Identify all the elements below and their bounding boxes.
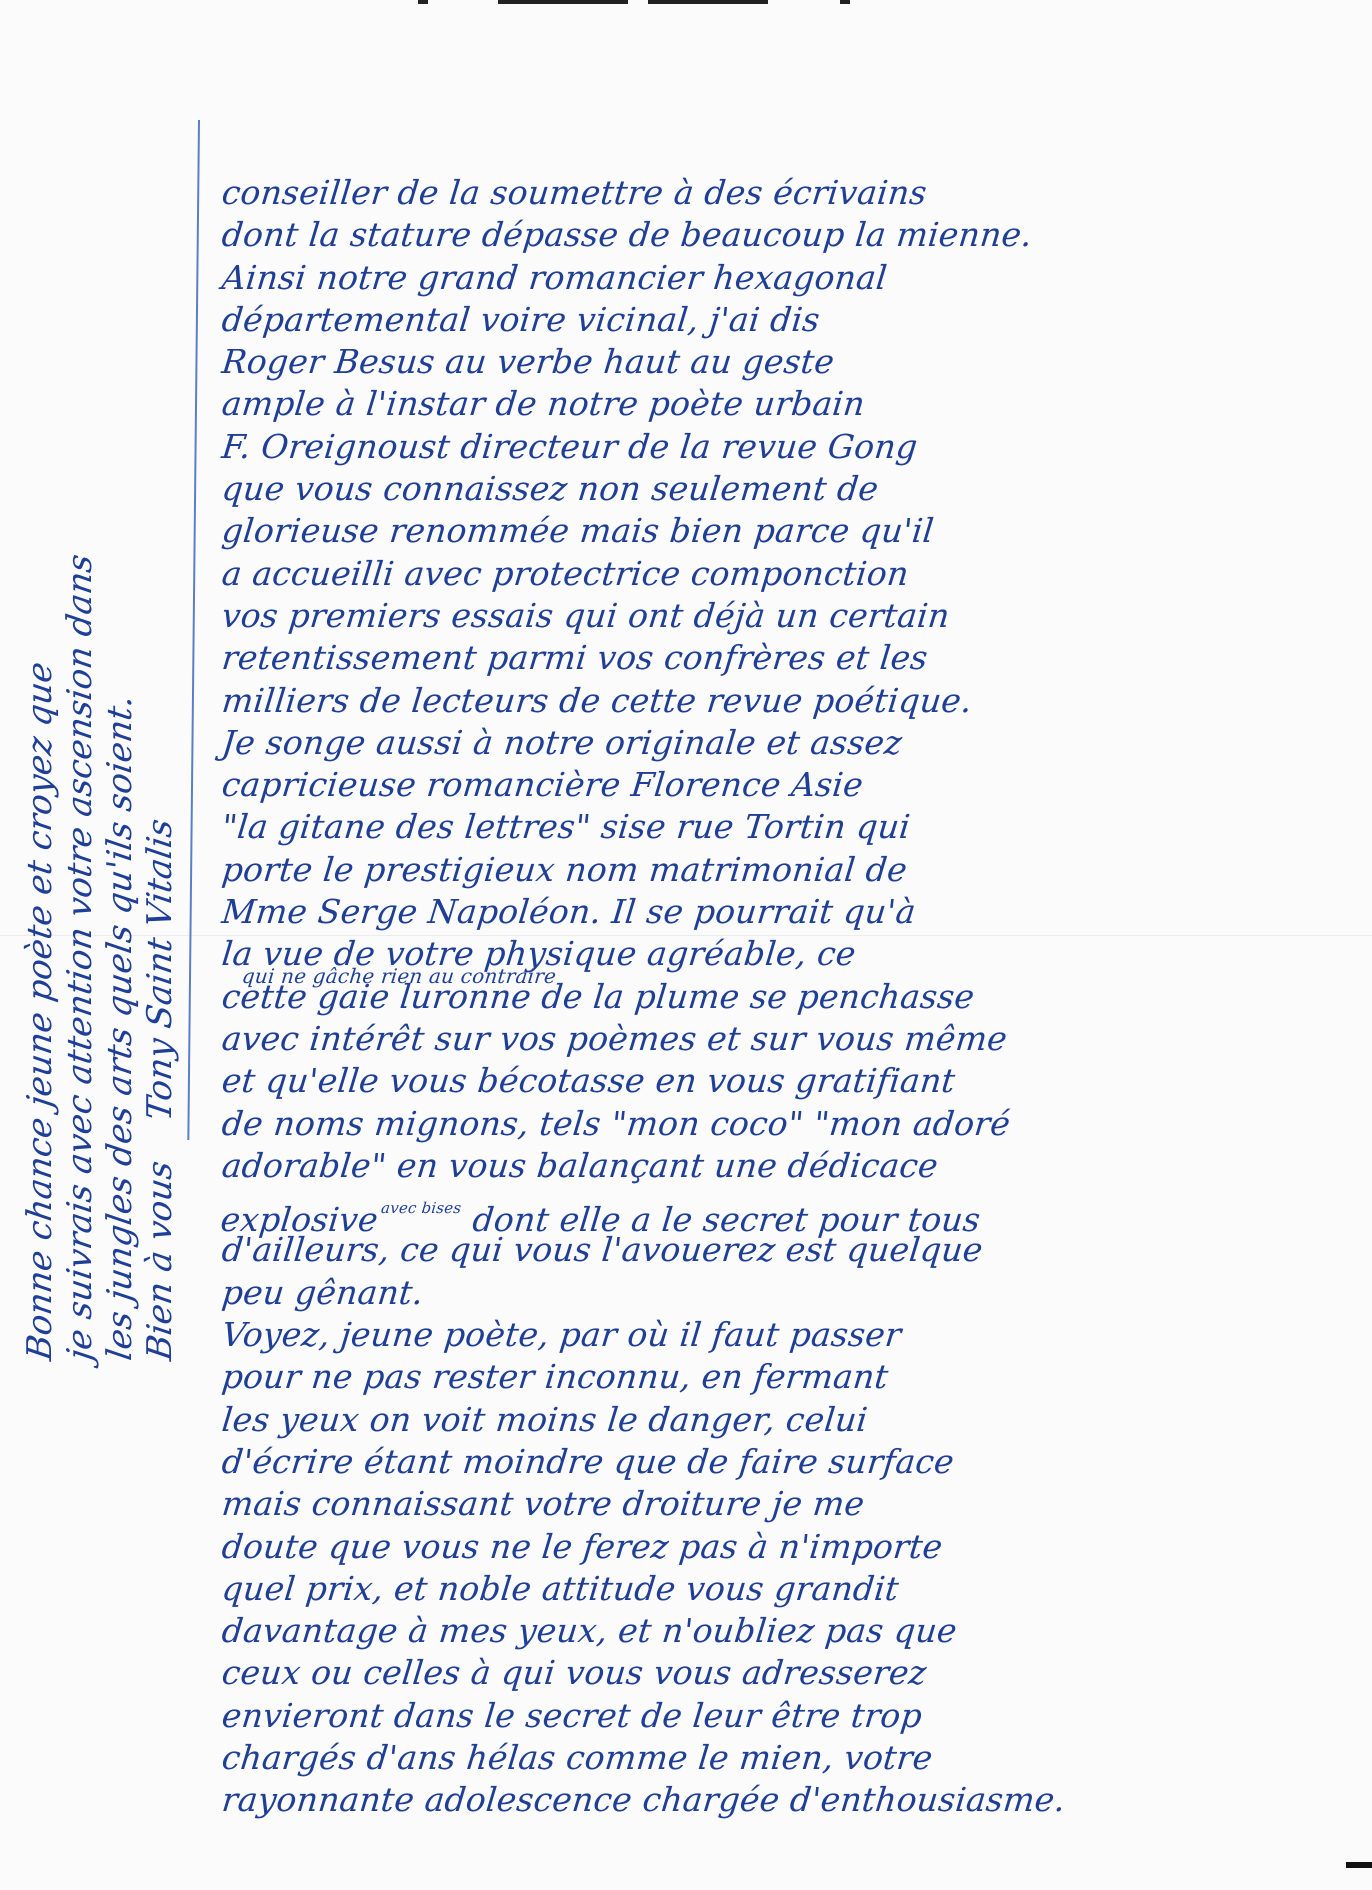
letter-line: F. Oreignoust directeur de la revue Gong	[220, 426, 1344, 468]
scan-edge-mark	[1346, 1862, 1372, 1868]
letter-line: d'ailleurs, ce qui vous l'avouerez est q…	[220, 1229, 1344, 1271]
margin-line: Bonne chance jeune poète et croyez que	[20, 57, 60, 1363]
letter-line: d'écrire étant moindre que de faire surf…	[220, 1441, 1344, 1483]
letter-line: Je songe aussi à notre originale et asse…	[220, 722, 1344, 764]
letter-line: porte le prestigieux nom matrimonial de	[220, 849, 1344, 891]
letter-body: conseiller de la soumettre à des écrivai…	[222, 172, 1342, 1822]
letter-line: retentissement parmi vos confrères et le…	[220, 637, 1344, 679]
letter-line: départemental voire vicinal, j'ai dis	[220, 299, 1344, 341]
letter-line: conseiller de la soumettre à des écrivai…	[220, 172, 1344, 214]
letter-line: Ainsi notre grand romancier hexagonal	[220, 257, 1344, 299]
letter-line: de noms mignons, tels "mon coco" "mon ad…	[220, 1103, 1344, 1145]
vertical-margin-postscript: Bonne chance jeune poète et croyez que j…	[20, 60, 210, 1360]
letter-line: ample à l'instar de notre poète urbain	[220, 383, 1344, 425]
letter-line: Roger Besus au verbe haut au geste	[220, 341, 1344, 383]
letter-line: cette gaie luronne de la plume se pencha…	[220, 976, 1344, 1018]
letter-line: pour ne pas rester inconnu, en fermant	[220, 1356, 1344, 1398]
letter-line: Voyez, jeune poète, par où il faut passe…	[220, 1314, 1344, 1356]
letter-line: envieront dans le secret de leur être tr…	[220, 1695, 1344, 1737]
letter-line: adorable" en vous balançant une dédicace	[220, 1145, 1344, 1187]
letter-line: chargés d'ans hélas comme le mien, votre	[220, 1737, 1344, 1779]
letter-line: capricieuse romancière Florence Asie	[220, 764, 1344, 806]
letter-line: et qu'elle vous bécotasse en vous gratif…	[220, 1060, 1344, 1102]
margin-line: Bien à vous Tony Saint Vitalis	[140, 57, 180, 1363]
letter-line: rayonnante adolescence chargée d'enthous…	[220, 1779, 1344, 1821]
letter-line: mais connaissant votre droiture je me	[220, 1483, 1344, 1525]
letter-line: glorieuse renommée mais bien parce qu'il	[220, 510, 1344, 552]
letter-line: Mme Serge Napoléon. Il se pourrait qu'à	[220, 891, 1344, 933]
letter-line: milliers de lecteurs de cette revue poét…	[220, 680, 1344, 722]
inserted-note: avec bises	[380, 1199, 462, 1217]
letter-line: ceux ou celles à qui vous vous adressere…	[220, 1652, 1344, 1694]
letter-line: doute que vous ne le ferez pas à n'impor…	[220, 1526, 1344, 1568]
scan-edge-marks	[0, 0, 1372, 6]
letter-line: vos premiers essais qui ont déjà un cert…	[220, 595, 1344, 637]
signature: Tony Saint Vitalis	[140, 816, 180, 1123]
letter-line: explosiveavec bises dont elle a le secre…	[220, 1187, 1344, 1229]
letter-line: dont la stature dépasse de beaucoup la m…	[220, 214, 1344, 256]
margin-line: les jungles des arts quels qu'ils soient…	[100, 57, 140, 1363]
letter-line: que vous connaissez non seulement de	[220, 468, 1344, 510]
letter-line: les yeux on voit moins le danger, celui	[220, 1399, 1344, 1441]
letter-line: avec intérêt sur vos poèmes et sur vous …	[220, 1018, 1344, 1060]
letter-line: peu gênant.	[220, 1272, 1344, 1314]
letter-line: a accueilli avec protectrice componction	[220, 553, 1344, 595]
letter-line: "la gitane des lettres" sise rue Tortin …	[220, 806, 1344, 848]
letter-line: davantage à mes yeux, et n'oubliez pas q…	[220, 1610, 1344, 1652]
closing-salutation: Bien à vous	[140, 1158, 180, 1362]
margin-line: je suivrais avec attention votre ascensi…	[60, 57, 100, 1363]
letter-line: quel prix, et noble attitude vous grandi…	[220, 1568, 1344, 1610]
